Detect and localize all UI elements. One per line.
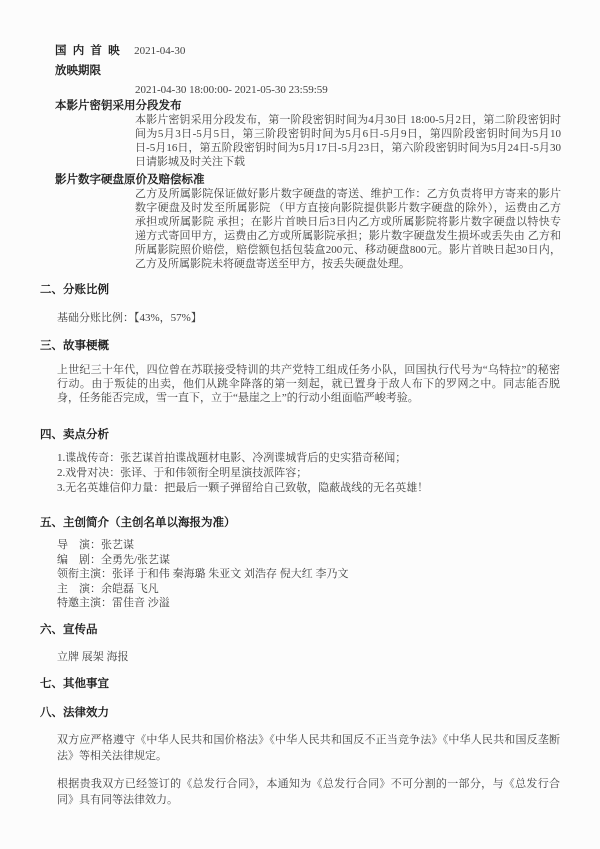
- screening-period-value: 2021-04-30 18:00:00- 2021-05-30 23:59:59: [135, 83, 561, 97]
- key-release-label: 本影片密钥采用分段发布: [55, 99, 600, 113]
- disk-standard-label: 影片数字硬盘原价及赔偿标准: [55, 173, 600, 187]
- credit-line-guest-stars: 特邀主演：雷佳音 沙溢: [57, 596, 560, 611]
- credit-line-leading-cast: 领衔主演：张译 于和伟 秦海璐 朱亚文 刘浩存 倪大红 李乃文: [57, 567, 560, 582]
- premiere-line: 国 内 首 映 2021-04-30: [55, 44, 600, 58]
- premiere-date: 2021-04-30: [134, 44, 185, 58]
- selling-point-item: 2.戏骨对决：张译、于和伟领衔全明星演技派阵容；: [57, 466, 560, 481]
- synopsis-paragraph: 上世纪三十年代，四位曾在苏联接受特训的共产党特工组成任务小队，回国执行代号为“乌…: [57, 363, 560, 405]
- legal-paragraph-1: 双方应严格遵守《中华人民共和国价格法》《中华人民共和国反不正当竞争法》《中华人民…: [57, 732, 560, 764]
- selling-point-item: 3.无名英雄信仰力量：把最后一颗子弹留给自己致敬，隐蔽战线的无名英雄！: [57, 481, 560, 496]
- section-title-promo-materials: 六、宣传品: [40, 623, 560, 638]
- selling-points-list: 1.谍战传奇：张艺谋首拍谍战题材电影、冷冽谍城背后的史实猎奇秘闻； 2.戏骨对决…: [57, 451, 560, 496]
- cast-credits: 导 演：张艺谋 编 剧：全勇先/张艺谋 领衔主演：张译 于和伟 秦海璐 朱亚文 …: [57, 538, 560, 611]
- section-title-share-ratio: 二、分账比例: [40, 283, 560, 298]
- key-release-paragraph: 本影片密钥采用分段发布，第一阶段密钥时间为4月30日 18:00-5月2日，第二…: [135, 113, 561, 169]
- credit-line-starring: 主 演：余皑磊 飞凡: [57, 582, 560, 597]
- selling-point-item: 1.谍战传奇：张艺谋首拍谍战题材电影、冷冽谍城背后的史实猎奇秘闻；: [57, 451, 560, 466]
- credit-line-writer: 编 剧：全勇先/张艺谋: [57, 553, 560, 568]
- section-title-other-matters: 七、其他事宜: [40, 677, 560, 692]
- section-title-legal-effect: 八、法律效力: [40, 706, 560, 721]
- disk-standard-paragraph: 乙方及所属影院保证做好影片数字硬盘的寄送、维护工作：乙方负责将甲方寄来的影片数字…: [135, 187, 561, 271]
- screening-period-label: 放映期限: [55, 64, 600, 78]
- credit-line-director: 导 演：张艺谋: [57, 538, 560, 553]
- share-ratio-value: 基础分账比例：【43%，57%】: [57, 311, 560, 325]
- premiere-label: 国 内 首 映: [55, 44, 121, 58]
- section-title-synopsis: 三、故事梗概: [40, 339, 560, 354]
- section-title-selling-points: 四、卖点分析: [40, 428, 560, 443]
- promo-materials-value: 立牌 展架 海报: [57, 650, 560, 664]
- legal-paragraph-2: 根据贵我双方已经签订的《总发行合同》，本通知为《总发行合同》不可分割的一部分，与…: [57, 776, 560, 808]
- contract-document-page: 国 内 首 映 2021-04-30 放映期限 2021-04-30 18:00…: [0, 0, 600, 849]
- section-title-cast: 五、主创简介（主创名单以海报为准）: [40, 516, 560, 531]
